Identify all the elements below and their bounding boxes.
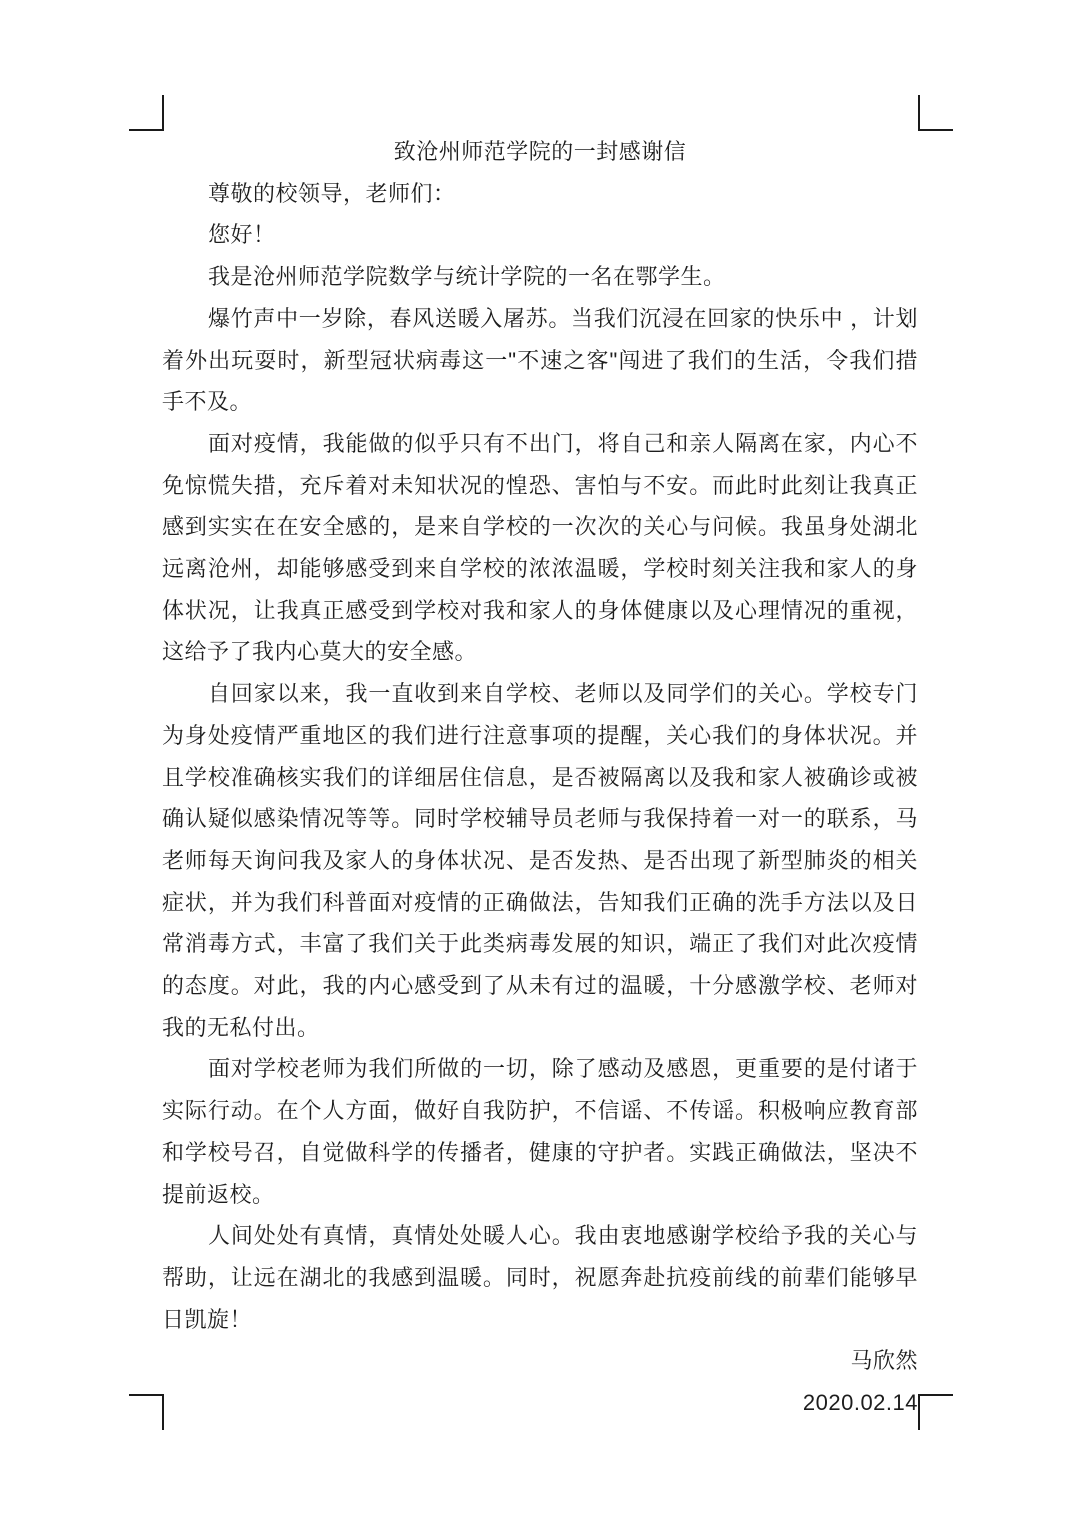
letter-date: 2020.02.14 xyxy=(162,1382,918,1424)
letter-page: 致沧州师范学院的一封感谢信 尊敬的校领导，老师们： 您好！ 我是沧州师范学院数学… xyxy=(0,0,1080,1527)
crop-mark-bottom-right xyxy=(918,1394,953,1430)
letter-salutation: 尊敬的校领导，老师们： xyxy=(162,173,918,215)
crop-mark-top-right xyxy=(918,95,953,131)
letter-paragraph-epidemic-care: 面对疫情，我能做的似乎只有不出门，将自己和亲人隔离在家，内心不免惊慌失措，充斥着… xyxy=(162,423,918,673)
letter-title: 致沧州师范学院的一封感谢信 xyxy=(162,131,918,173)
letter-greeting: 您好！ xyxy=(162,214,918,256)
letter-signature: 马欣然 xyxy=(162,1340,918,1382)
letter-paragraph-intro: 我是沧州师范学院数学与统计学院的一名在鄂学生。 xyxy=(162,256,918,298)
letter-paragraph-outbreak: 爆竹声中一岁除，春风送暖入屠苏。当我们沉浸在回家的快乐中 ，计划着外出玩耍时，新… xyxy=(162,298,918,423)
letter-content: 致沧州师范学院的一封感谢信 尊敬的校领导，老师们： 您好！ 我是沧州师范学院数学… xyxy=(162,131,918,1424)
letter-paragraph-closing: 人间处处有真情，真情处处暖人心。我由衷地感谢学校给予我的关心与帮助，让远在湖北的… xyxy=(162,1215,918,1340)
crop-mark-top-left xyxy=(129,95,164,131)
letter-paragraph-school-support: 自回家以来，我一直收到来自学校、老师以及同学们的关心。学校专门为身处疫情严重地区… xyxy=(162,673,918,1048)
crop-mark-bottom-left xyxy=(129,1394,164,1430)
letter-paragraph-action: 面对学校老师为我们所做的一切，除了感动及感恩，更重要的是付诸于实际行动。在个人方… xyxy=(162,1048,918,1215)
